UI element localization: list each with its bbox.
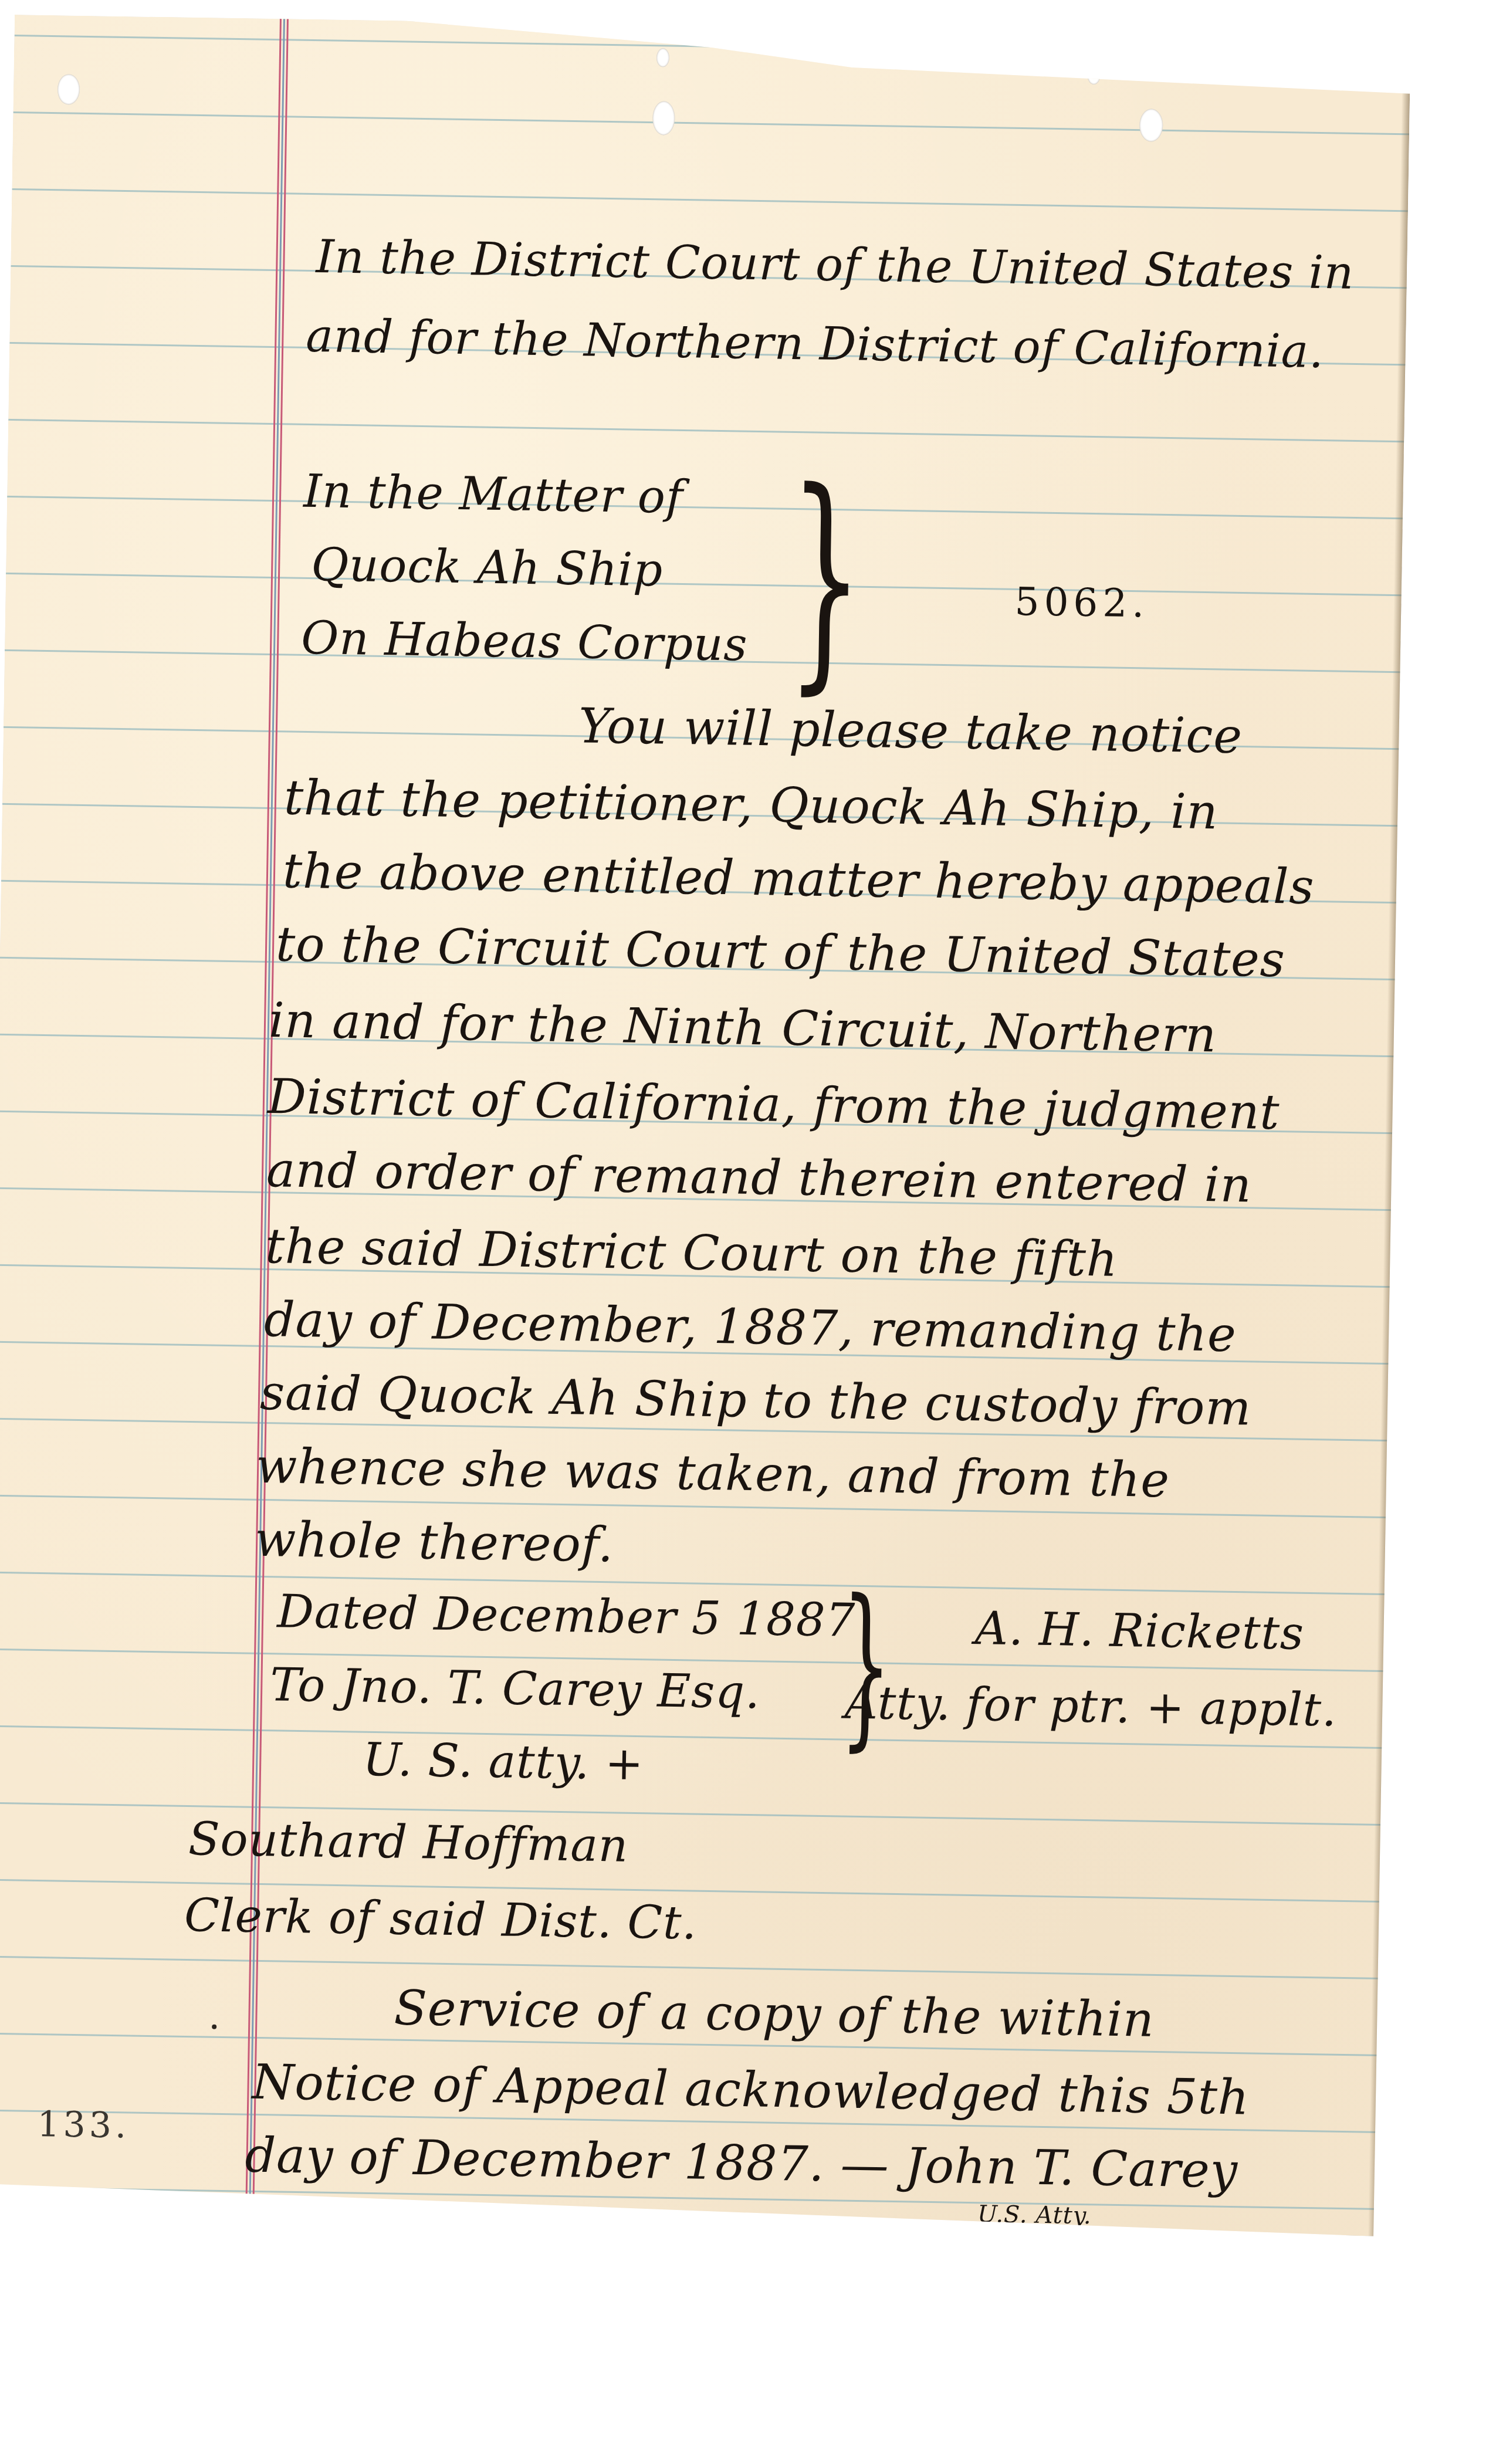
service-signer-title: U.S. Atty.	[977, 2201, 1092, 2229]
service-line-1: Service of a copy of the within	[394, 1981, 1155, 2048]
body-line-12: whole thereof.	[254, 1512, 614, 1573]
to-line: To Jno. T. Carey Esq.	[270, 1659, 761, 1719]
attorney-signature: A. H. Ricketts	[974, 1602, 1304, 1660]
body-line-1: You will please take notice	[578, 698, 1243, 764]
caption-line-1: In the Matter of	[303, 465, 684, 524]
us-atty-line: U. S. atty. +	[363, 1734, 645, 1791]
document-page: In the District Court of the United Stat…	[0, 15, 1411, 2236]
caption-brace: }	[787, 461, 865, 697]
margin-page-number: 133.	[37, 2104, 130, 2146]
caption-line-3: On Habeas Corpus	[301, 612, 748, 672]
clerk-title: Clerk of said Dist. Ct.	[184, 1889, 698, 1950]
attorney-title: Atty. for ptr. + applt.	[844, 1677, 1337, 1737]
dated-line: Dated December 5 1887	[277, 1585, 856, 1647]
bullet-dot	[212, 2025, 216, 2029]
clerk-name: Southard Hoffman	[188, 1813, 628, 1873]
case-number: 5062.	[1014, 579, 1149, 627]
caption-line-2: Quock Ah Ship	[311, 539, 664, 597]
